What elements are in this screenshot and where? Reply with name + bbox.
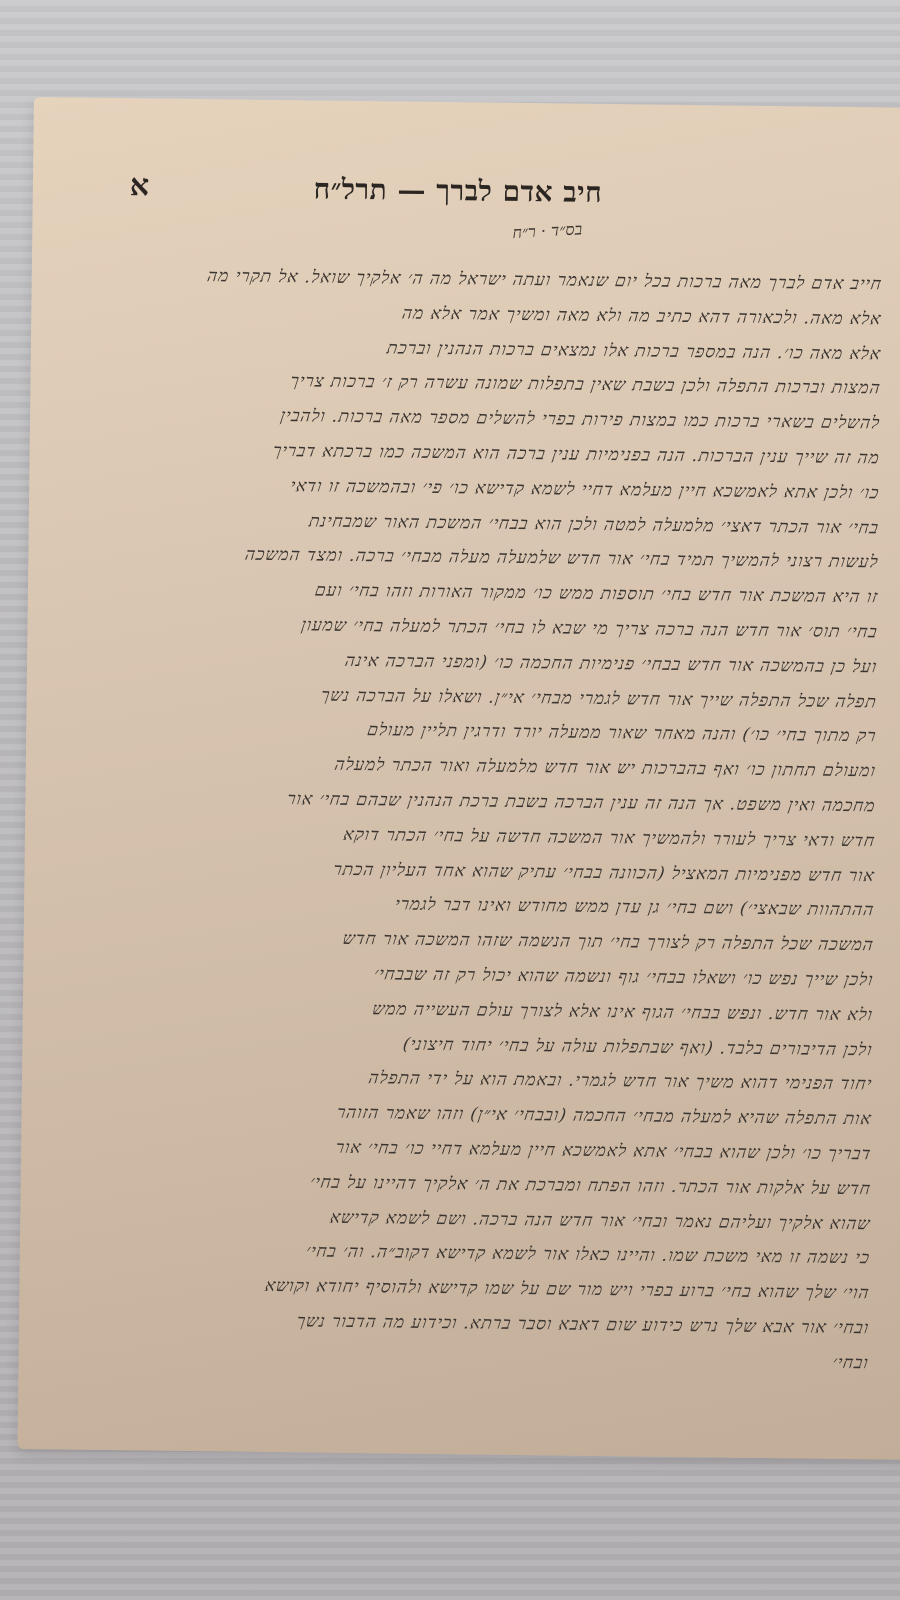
page-title: חיב אדם לברך — תרל״ח [33,169,883,213]
handwritten-header-note: בס״ד · ר״ח [512,219,583,243]
document-page: א חיב אדם לברך — תרל״ח בס״ד · ר״ח חייב א… [17,97,900,1460]
handwritten-body: חייב אדם לברך מאה ברכות בכל יום שנאמר וע… [108,258,882,1381]
handwritten-closing-word: ובחי׳ [746,1345,871,1381]
